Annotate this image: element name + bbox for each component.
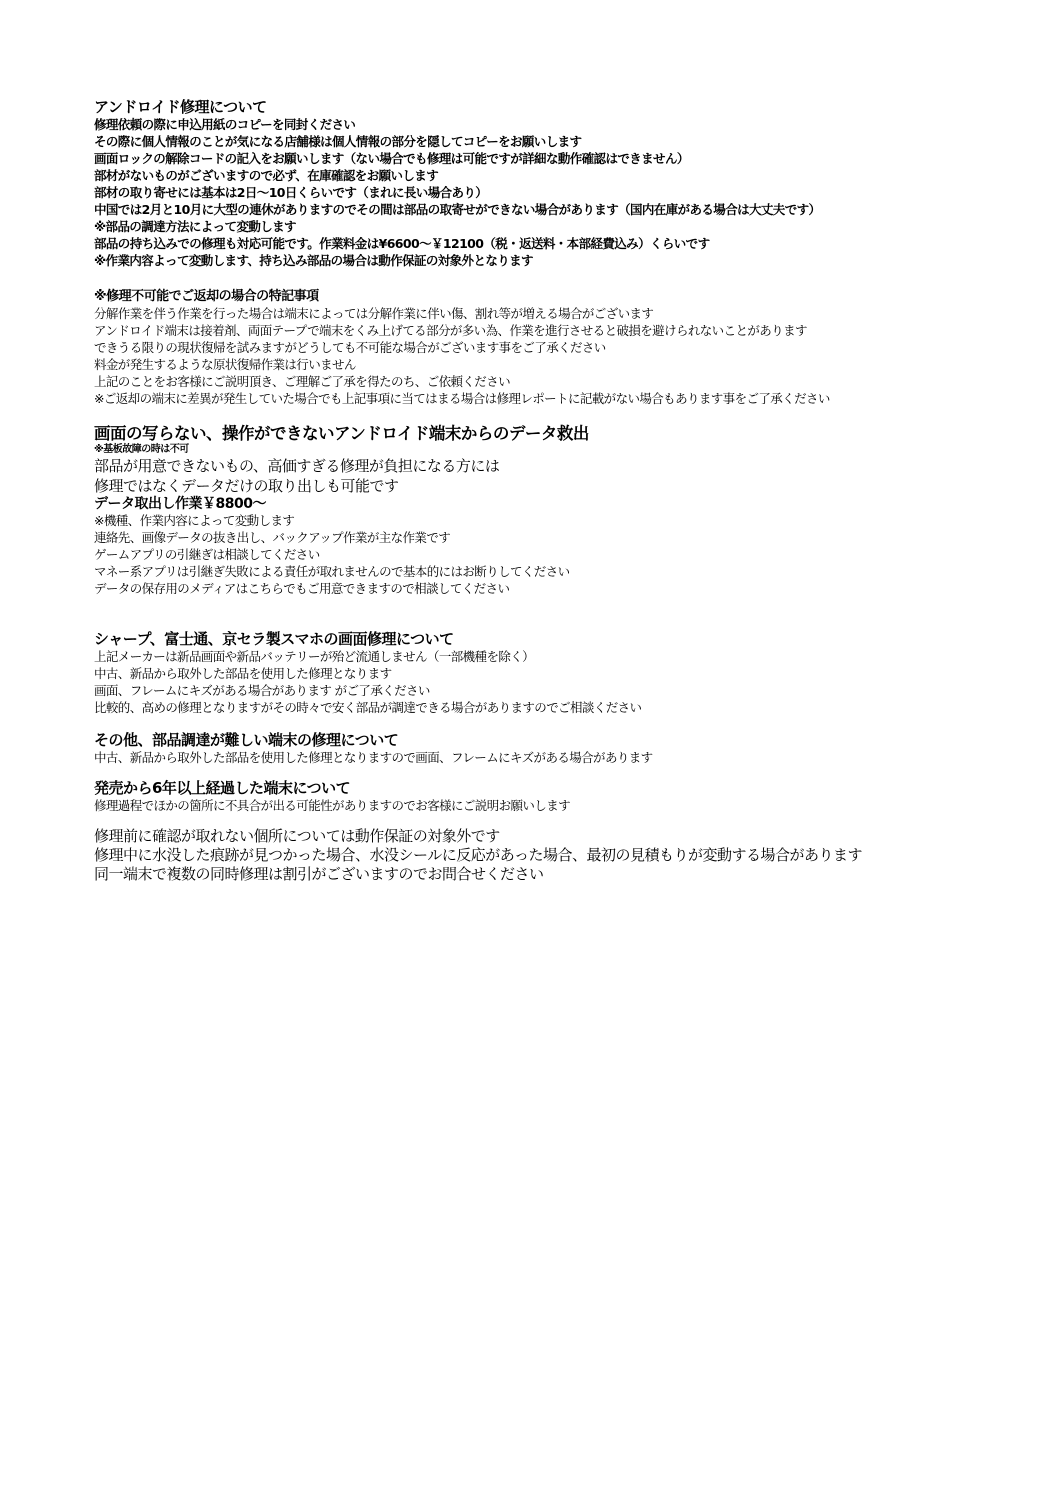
list-item: 部材の取り寄せには基本は2日～10日くらいです（まれに長い場合あり） bbox=[94, 184, 820, 201]
section-general-notes: 修理前に確認が取れない個所については動作保証の対象外です 修理中に水没した痕跡が… bbox=[94, 827, 862, 884]
list-item: ※部品の調達方法によって変動します bbox=[94, 218, 820, 235]
list-item: 画面ロックの解除コードの記入をお願いします（ない場合でも修理は可能ですが詳細な動… bbox=[94, 150, 820, 167]
list-item: 上記メーカーは新品画面や新品バッテリーが殆ど流通しません（一部機種を除く） bbox=[94, 648, 641, 665]
section-title: シャープ、富士通、京セラ製スマホの画面修理について bbox=[94, 630, 641, 648]
section-data-recovery: 画面の写らない、操作ができないアンドロイド端末からのデータ救出 ※基板故障の時は… bbox=[94, 424, 589, 597]
list-item: 中古、新品から取外した部品を使用した修理となります bbox=[94, 665, 641, 682]
section-title: ※修理不可能でご返却の場合の特記事項 bbox=[94, 289, 830, 305]
section-six-years-old: 発売から6年以上経過した端末について 修理過程でほかの箇所に不具合が出る可能性が… bbox=[94, 779, 570, 814]
section-android-repair: アンドロイド修理について 修理依頼の際に申込用紙のコピーを同封ください その際に… bbox=[94, 98, 820, 269]
section-unrepairable-notes: ※修理不可能でご返却の場合の特記事項 分解作業を伴う作業を行った場合は端末によっ… bbox=[94, 289, 830, 407]
section-title: その他、部品調達が難しい端末の修理について bbox=[94, 731, 653, 749]
section-sharp-fujitsu-kyocera: シャープ、富士通、京セラ製スマホの画面修理について 上記メーカーは新品画面や新品… bbox=[94, 630, 641, 716]
list-item: 修理中に水没した痕跡が見つかった場合、水没シールに反応があった場合、最初の見積も… bbox=[94, 846, 862, 865]
list-item: 同一端末で複数の同時修理は割引がございますのでお問合せください bbox=[94, 865, 862, 884]
section-hard-to-source: その他、部品調達が難しい端末の修理について 中古、新品から取外した部品を使用した… bbox=[94, 731, 653, 766]
list-item: ※ご返却の端末に差異が発生していた場合でも上記事項に当てはまる場合は修理レポート… bbox=[94, 390, 830, 407]
list-item: 分解作業を伴う作業を行った場合は端末によっては分解作業に伴い傷、割れ等が増える場… bbox=[94, 305, 830, 322]
intro-line: 部品が用意できないもの、高価すぎる修理が負担になる方には bbox=[94, 456, 589, 476]
list-item: ※機種、作業内容によって変動します bbox=[94, 512, 589, 529]
list-item: できうる限りの現状復帰を試みますがどうしても不可能な場合がございます事をご了承く… bbox=[94, 339, 830, 356]
list-item: 連絡先、画像データの抜き出し、バックアップ作業が主な作業です bbox=[94, 529, 589, 546]
list-item: 修理前に確認が取れない個所については動作保証の対象外です bbox=[94, 827, 862, 846]
list-item: マネー系アプリは引継ぎ失敗による責任が取れませんので基本的にはお断りしてください bbox=[94, 563, 589, 580]
list-item: 中国では2月と10月に大型の連休がありますのでその間は部品の取寄せができない場合… bbox=[94, 201, 820, 218]
list-item: 修理過程でほかの箇所に不具合が出る可能性がありますのでお客様にご説明お願いします bbox=[94, 797, 570, 814]
list-item: 部品の持ち込みでの修理も対応可能です。作業料金は¥6600～￥12100（税・返… bbox=[94, 235, 820, 252]
list-item: アンドロイド端末は接着剤、両面テープで端末をくみ上げてる部分が多い為、作業を進行… bbox=[94, 322, 830, 339]
list-item: ゲームアプリの引継ぎは相談してください bbox=[94, 546, 589, 563]
list-item: 中古、新品から取外した部品を使用した修理となりますので画面、フレームにキズがある… bbox=[94, 749, 653, 766]
list-item: 料金が発生するような原状復帰作業は行いません bbox=[94, 356, 830, 373]
section-title: 画面の写らない、操作ができないアンドロイド端末からのデータ救出 bbox=[94, 424, 589, 444]
section-title: 発売から6年以上経過した端末について bbox=[94, 779, 570, 797]
section-note: ※基板故障の時は不可 bbox=[94, 444, 589, 456]
list-item: データの保存用のメディアはこちらでもご用意できますので相談してください bbox=[94, 580, 589, 597]
list-item: ※作業内容よって変動します、持ち込み部品の場合は動作保証の対象外となります bbox=[94, 252, 820, 269]
section-title: アンドロイド修理について bbox=[94, 98, 820, 116]
list-item: 比較的、高めの修理となりますがその時々で安く部品が調達できる場合がありますのでご… bbox=[94, 699, 641, 716]
list-item: 部材がないものがございますので必ず、在庫確認をお願いします bbox=[94, 167, 820, 184]
list-item: その際に個人情報のことが気になる店舗様は個人情報の部分を隠してコピーをお願いしま… bbox=[94, 133, 820, 150]
list-item: 上記のことをお客様にご説明頂き、ご理解ご了承を得たのち、ご依頼ください bbox=[94, 373, 830, 390]
price-label: データ取出し作業￥8800～ bbox=[94, 496, 589, 512]
list-item: 画面、フレームにキズがある場合があります がご了承ください bbox=[94, 682, 641, 699]
list-item: 修理依頼の際に申込用紙のコピーを同封ください bbox=[94, 116, 820, 133]
intro-line: 修理ではなくデータだけの取り出しも可能です bbox=[94, 476, 589, 496]
